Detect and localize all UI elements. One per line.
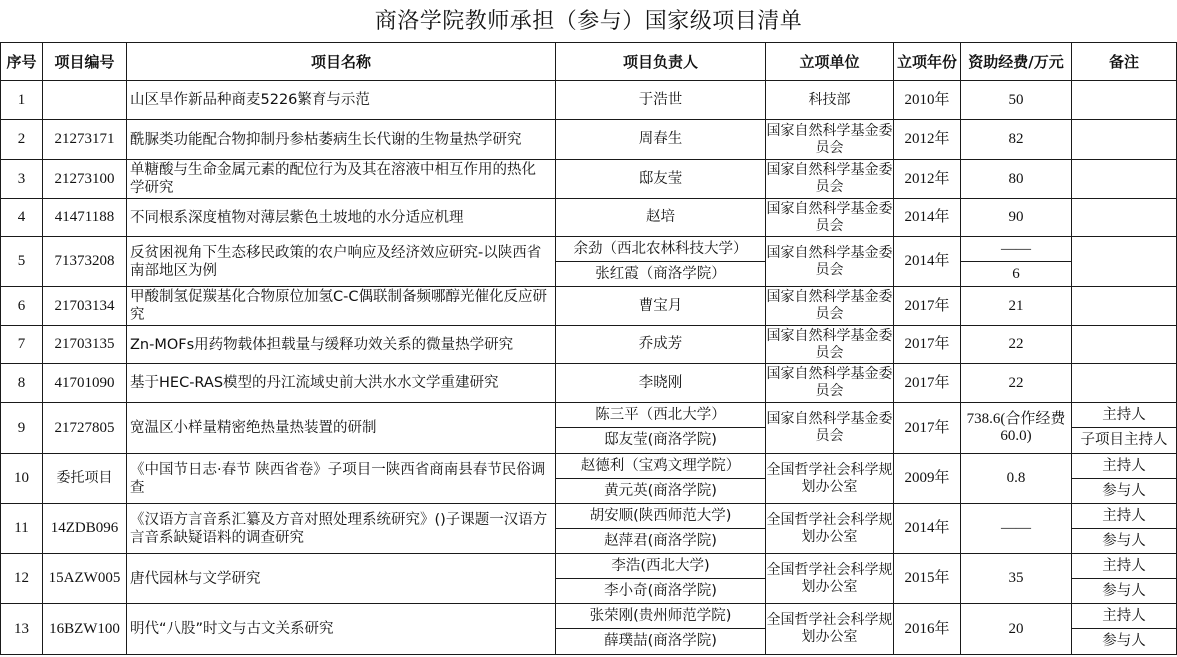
- header-name: 项目名称: [127, 43, 556, 81]
- cell-unit: 国家自然科学基金委员会: [766, 237, 894, 287]
- cell-note: 参与人: [1072, 579, 1177, 604]
- table-row: 10 委托项目 《中国节日志·春节 陕西省卷》子项目一陕西省商南县春节民俗调查 …: [1, 454, 1177, 479]
- cell-note: [1072, 81, 1177, 120]
- cell-note: 子项目主持人: [1072, 428, 1177, 454]
- cell-note: 参与人: [1072, 629, 1177, 655]
- cell-seq: 8: [1, 364, 43, 403]
- table-row: 13 16BZW100 明代“八股”时文与古文关系研究 张荣刚(贵州师范学院) …: [1, 604, 1177, 629]
- cell-name: 唐代园林与文学研究: [127, 554, 556, 604]
- cell-year: 2017年: [894, 364, 961, 403]
- cell-leader: 乔成芳: [556, 326, 766, 364]
- cell-leader: 张红霞（商洛学院）: [556, 262, 766, 287]
- cell-unit: 国家自然科学基金委员会: [766, 287, 894, 326]
- cell-leader: 曹宝月: [556, 287, 766, 326]
- table-row: 3 21273100 单糖酸与生命金属元素的配位行为及其在溶液中相互作用的热化学…: [1, 160, 1177, 199]
- cell-year: 2014年: [894, 237, 961, 287]
- cell-unit: 科技部: [766, 81, 894, 120]
- cell-leader: 于浩世: [556, 81, 766, 120]
- cell-name: 反贫困视角下生态移民政策的农户响应及经济效应研究-以陕西省南部地区为例: [127, 237, 556, 287]
- cell-unit: 全国哲学社会科学规划办公室: [766, 454, 894, 504]
- header-funding: 资助经费/万元: [961, 43, 1072, 81]
- cell-name: 山区旱作新品种商麦5226繁育与示范: [127, 81, 556, 120]
- cell-year: 2016年: [894, 604, 961, 655]
- cell-name: 《中国节日志·春节 陕西省卷》子项目一陕西省商南县春节民俗调查: [127, 454, 556, 504]
- cell-funding: 6: [961, 262, 1072, 287]
- cell-code: 15AZW005: [43, 554, 127, 604]
- cell-name: 不同根系深度植物对薄层紫色土坡地的水分适应机理: [127, 199, 556, 237]
- cell-note: [1072, 199, 1177, 237]
- cell-funding: 21: [961, 287, 1072, 326]
- cell-note: [1072, 160, 1177, 199]
- cell-note: 主持人: [1072, 554, 1177, 579]
- cell-note: 参与人: [1072, 479, 1177, 504]
- cell-code: 委托项目: [43, 454, 127, 504]
- cell-funding: 0.8: [961, 454, 1072, 504]
- cell-funding: 82: [961, 120, 1072, 160]
- cell-year: 2015年: [894, 554, 961, 604]
- cell-leader: 李晓刚: [556, 364, 766, 403]
- cell-year: 2009年: [894, 454, 961, 504]
- cell-funding: 738.6(合作经费60.0): [961, 403, 1072, 454]
- cell-unit: 全国哲学社会科学规划办公室: [766, 604, 894, 655]
- cell-seq: 13: [1, 604, 43, 655]
- cell-note: 主持人: [1072, 454, 1177, 479]
- table-row: 6 21703134 甲酸制氢促羰基化合物原位加氢C-C偶联制备频哪醇光催化反应…: [1, 287, 1177, 326]
- cell-name: 基于HEC-RAS模型的丹江流域史前大洪水水文学重建研究: [127, 364, 556, 403]
- cell-seq: 4: [1, 199, 43, 237]
- cell-unit: 全国哲学社会科学规划办公室: [766, 554, 894, 604]
- cell-unit: 国家自然科学基金委员会: [766, 199, 894, 237]
- cell-seq: 11: [1, 504, 43, 554]
- cell-name: 酰脲类功能配合物抑制丹参枯萎病生长代谢的生物量热学研究: [127, 120, 556, 160]
- cell-funding: 50: [961, 81, 1072, 120]
- cell-code: 16BZW100: [43, 604, 127, 655]
- cell-leader: 薛璞喆(商洛学院): [556, 629, 766, 655]
- cell-leader: 邸友莹(商洛学院): [556, 428, 766, 454]
- cell-year: 2010年: [894, 81, 961, 120]
- cell-leader: 周春生: [556, 120, 766, 160]
- cell-seq: 12: [1, 554, 43, 604]
- cell-seq: 6: [1, 287, 43, 326]
- header-row: 序号 项目编号 项目名称 项目负责人 立项单位 立项年份 资助经费/万元 备注: [1, 43, 1177, 81]
- cell-year: 2017年: [894, 326, 961, 364]
- cell-seq: 9: [1, 403, 43, 454]
- cell-seq: 2: [1, 120, 43, 160]
- cell-code: 71373208: [43, 237, 127, 287]
- header-seq: 序号: [1, 43, 43, 81]
- cell-code: 21703134: [43, 287, 127, 326]
- cell-unit: 国家自然科学基金委员会: [766, 160, 894, 199]
- cell-year: 2014年: [894, 199, 961, 237]
- cell-leader: 陈三平（西北大学）: [556, 403, 766, 428]
- cell-funding: ——: [961, 237, 1072, 262]
- cell-leader: 赵培: [556, 199, 766, 237]
- cell-name: Zn-MOFs用药物载体担载量与缓释功效关系的微量热学研究: [127, 326, 556, 364]
- cell-funding: 20: [961, 604, 1072, 655]
- cell-leader: 赵萍君(商洛学院): [556, 529, 766, 554]
- cell-note: [1072, 237, 1177, 287]
- cell-seq: 3: [1, 160, 43, 199]
- table-row: 1 山区旱作新品种商麦5226繁育与示范 于浩世 科技部 2010年 50: [1, 81, 1177, 120]
- cell-funding: 22: [961, 326, 1072, 364]
- cell-leader: 胡安顺(陕西师范大学): [556, 504, 766, 529]
- cell-code: 21727805: [43, 403, 127, 454]
- cell-unit: 国家自然科学基金委员会: [766, 120, 894, 160]
- cell-year: 2017年: [894, 403, 961, 454]
- cell-code: 41471188: [43, 199, 127, 237]
- cell-code: 21273100: [43, 160, 127, 199]
- cell-year: 2014年: [894, 504, 961, 554]
- cell-name: 《汉语方言音系汇纂及方音对照处理系统研究》()子课题一汉语方言音系缺疑语料的调查…: [127, 504, 556, 554]
- header-leader: 项目负责人: [556, 43, 766, 81]
- cell-note: 主持人: [1072, 403, 1177, 428]
- table-row: 7 21703135 Zn-MOFs用药物载体担载量与缓释功效关系的微量热学研究…: [1, 326, 1177, 364]
- header-code: 项目编号: [43, 43, 127, 81]
- cell-leader: 黄元英(商洛学院): [556, 479, 766, 504]
- cell-leader: 张荣刚(贵州师范学院): [556, 604, 766, 629]
- table-row: 2 21273171 酰脲类功能配合物抑制丹参枯萎病生长代谢的生物量热学研究 周…: [1, 120, 1177, 160]
- cell-unit: 国家自然科学基金委员会: [766, 403, 894, 454]
- cell-year: 2012年: [894, 160, 961, 199]
- cell-leader: 李浩(西北大学): [556, 554, 766, 579]
- cell-funding: 22: [961, 364, 1072, 403]
- cell-unit: 国家自然科学基金委员会: [766, 364, 894, 403]
- cell-leader: 邸友莹: [556, 160, 766, 199]
- cell-note: [1072, 120, 1177, 160]
- cell-year: 2012年: [894, 120, 961, 160]
- cell-seq: 10: [1, 454, 43, 504]
- cell-seq: 7: [1, 326, 43, 364]
- table-row: 11 14ZDB096 《汉语方言音系汇纂及方音对照处理系统研究》()子课题一汉…: [1, 504, 1177, 529]
- cell-note: [1072, 326, 1177, 364]
- cell-name: 甲酸制氢促羰基化合物原位加氢C-C偶联制备频哪醇光催化反应研究: [127, 287, 556, 326]
- cell-unit: 国家自然科学基金委员会: [766, 326, 894, 364]
- table-row: 12 15AZW005 唐代园林与文学研究 李浩(西北大学) 全国哲学社会科学规…: [1, 554, 1177, 579]
- header-year: 立项年份: [894, 43, 961, 81]
- cell-note: 主持人: [1072, 504, 1177, 529]
- cell-leader: 赵德利（宝鸡文理学院）: [556, 454, 766, 479]
- cell-code: [43, 81, 127, 120]
- cell-code: 41701090: [43, 364, 127, 403]
- cell-note: [1072, 364, 1177, 403]
- cell-note: [1072, 287, 1177, 326]
- cell-leader: 余劲（西北农林科技大学）: [556, 237, 766, 262]
- cell-code: 21703135: [43, 326, 127, 364]
- cell-leader: 李小奇(商洛学院): [556, 579, 766, 604]
- cell-year: 2017年: [894, 287, 961, 326]
- cell-funding: 90: [961, 199, 1072, 237]
- cell-funding: 35: [961, 554, 1072, 604]
- cell-unit: 全国哲学社会科学规划办公室: [766, 504, 894, 554]
- cell-name: 宽温区小样量精密绝热量热装置的研制: [127, 403, 556, 454]
- cell-funding: ——: [961, 504, 1072, 554]
- header-note: 备注: [1072, 43, 1177, 81]
- cell-seq: 5: [1, 237, 43, 287]
- cell-name: 明代“八股”时文与古文关系研究: [127, 604, 556, 655]
- header-unit: 立项单位: [766, 43, 894, 81]
- cell-code: 14ZDB096: [43, 504, 127, 554]
- table-row: 8 41701090 基于HEC-RAS模型的丹江流域史前大洪水水文学重建研究 …: [1, 364, 1177, 403]
- cell-seq: 1: [1, 81, 43, 120]
- cell-funding: 80: [961, 160, 1072, 199]
- document-title: 商洛学院教师承担（参与）国家级项目清单: [0, 4, 1177, 35]
- table-row: 9 21727805 宽温区小样量精密绝热量热装置的研制 陈三平（西北大学） 国…: [1, 403, 1177, 428]
- cell-name: 单糖酸与生命金属元素的配位行为及其在溶液中相互作用的热化学研究: [127, 160, 556, 199]
- project-table: 序号 项目编号 项目名称 项目负责人 立项单位 立项年份 资助经费/万元 备注 …: [0, 42, 1177, 655]
- cell-note: 参与人: [1072, 529, 1177, 554]
- cell-code: 21273171: [43, 120, 127, 160]
- table-row: 5 71373208 反贫困视角下生态移民政策的农户响应及经济效应研究-以陕西省…: [1, 237, 1177, 262]
- cell-note: 主持人: [1072, 604, 1177, 629]
- table-row: 4 41471188 不同根系深度植物对薄层紫色土坡地的水分适应机理 赵培 国家…: [1, 199, 1177, 237]
